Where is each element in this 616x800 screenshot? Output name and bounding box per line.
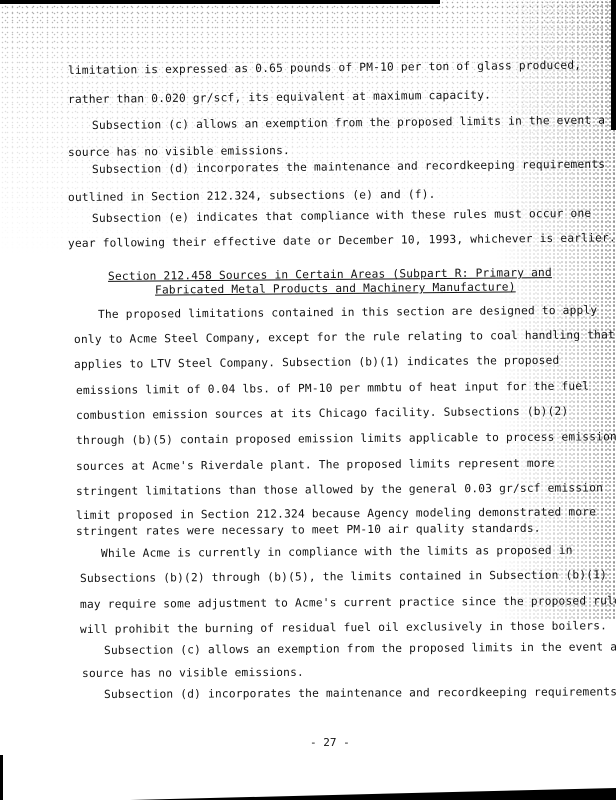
text-line: only to Acme Steel Company, except for t… [74, 328, 615, 346]
scan-top-edge [0, 0, 440, 4]
text-line: Subsection (d) incorporates the maintena… [92, 158, 605, 176]
text-line: applies to LTV Steel Company. Subsection… [74, 354, 560, 371]
text-line: may require some adjustment to Acme's cu… [80, 594, 616, 611]
scan-right-edge [611, 0, 616, 130]
text-line: sources at Acme's Riverdale plant. The p… [76, 457, 555, 473]
text-line: Subsections (b)(2) through (b)(5), the l… [80, 568, 607, 585]
text-line: limitation is expressed as 0.65 pounds o… [68, 59, 581, 77]
page-number: - 27 - [310, 736, 350, 749]
text-line: rather than 0.020 gr/scf, its equivalent… [68, 89, 491, 106]
text-line: outlined in Section 212.324, subsections… [68, 188, 436, 204]
text-line: Subsection (d) incorporates the maintena… [104, 685, 616, 701]
text-line: Subsection (c) allows an exemption from … [92, 114, 605, 132]
text-line: combustion emission sources at its Chica… [76, 405, 569, 422]
section-heading-line-2: Fabricated Metal Products and Machinery … [155, 280, 516, 296]
text-line: Subsection (c) allows an exemption from … [104, 640, 616, 657]
text-line: through (b)(5) contain proposed emission… [76, 430, 616, 447]
text-line: stringent limitations than those allowed… [76, 481, 603, 498]
text-line: Subsection (e) indicates that compliance… [92, 207, 591, 225]
text-line: While Acme is currently in compliance wi… [101, 544, 573, 560]
text-line: emissions limit of 0.04 lbs. of PM-10 pe… [76, 380, 589, 397]
text-line: year following their effective date or D… [68, 231, 616, 250]
text-line: stringent rates were necessary to meet P… [76, 522, 541, 538]
scan-bottom-edge [130, 788, 616, 800]
text-line: source has no visible emissions. [68, 144, 290, 159]
scan-left-edge [0, 755, 3, 800]
text-line: source has no visible emissions. [82, 666, 304, 680]
text-line: will prohibit the burning of residual fu… [80, 619, 607, 636]
text-line: The proposed limitations contained in th… [98, 304, 597, 321]
text-line: limit proposed in Section 212.324 becaus… [76, 505, 596, 522]
